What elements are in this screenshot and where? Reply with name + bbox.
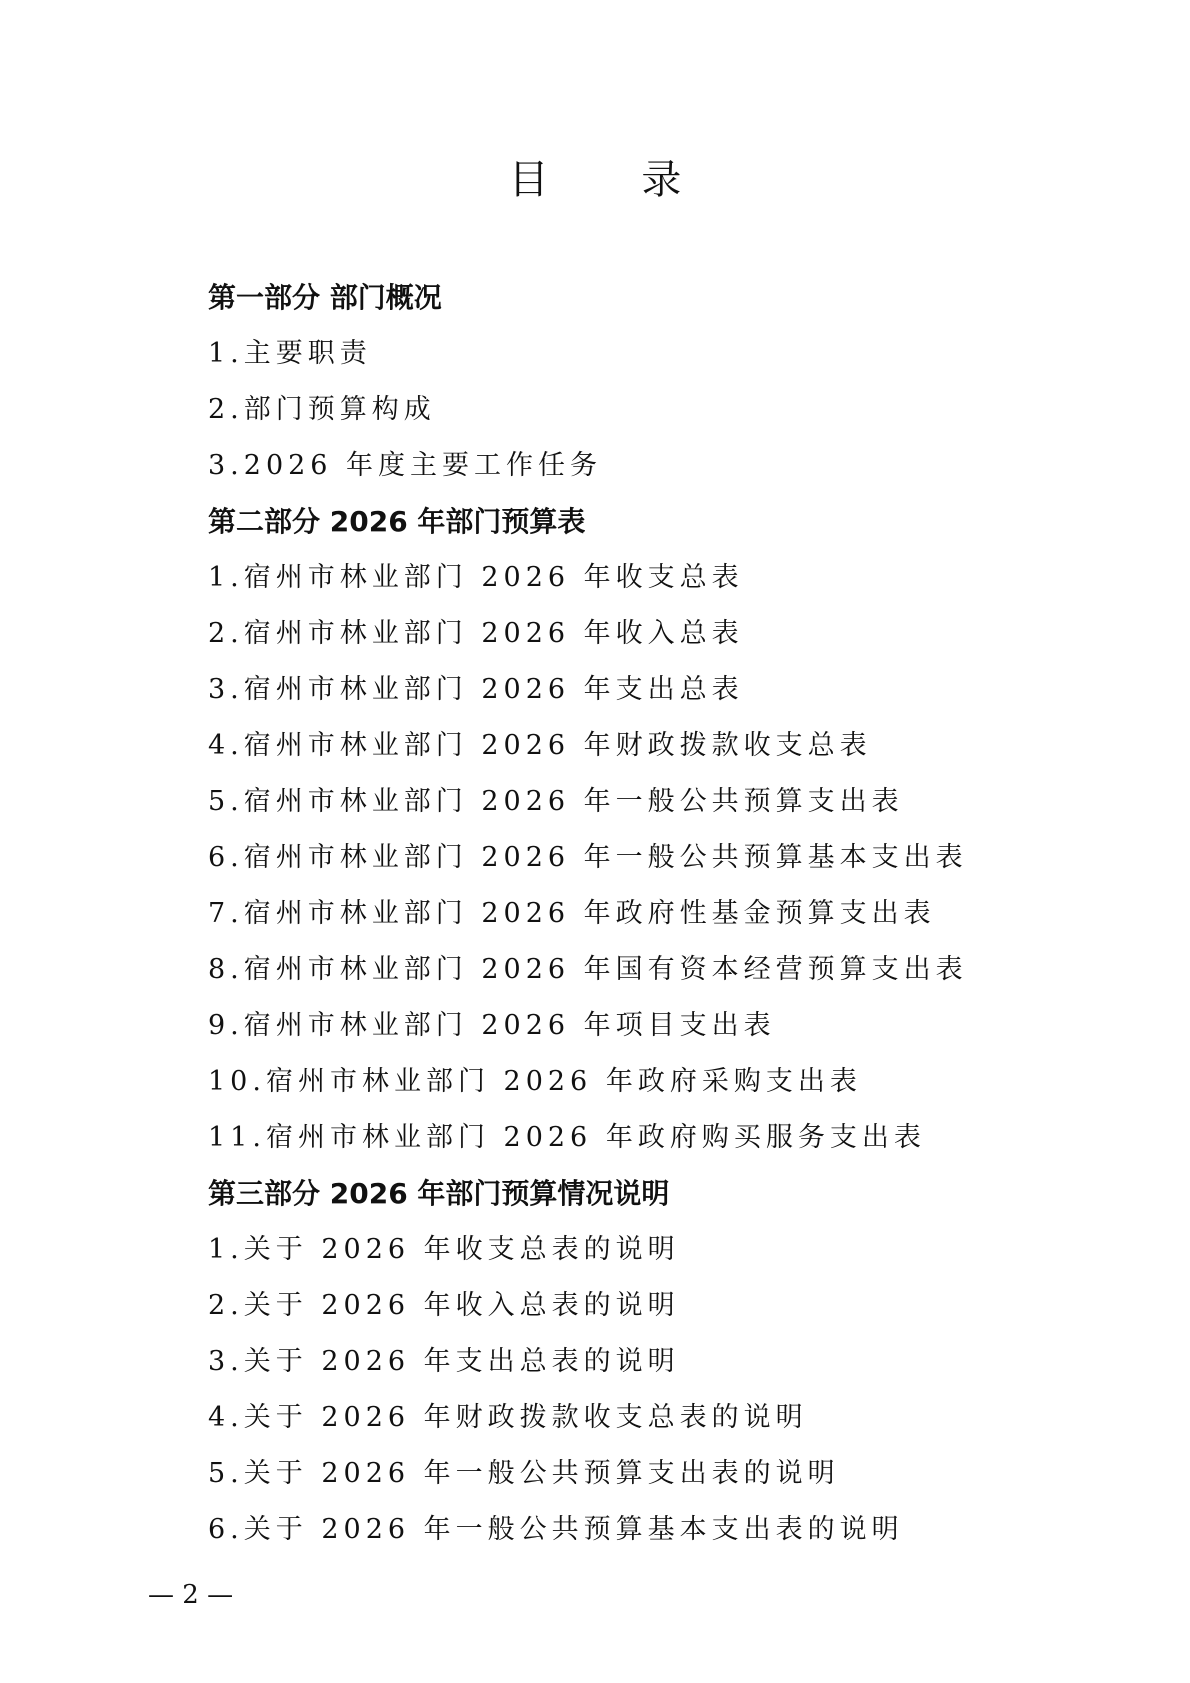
toc-entry: 11.宿州市林业部门 2026 年政府购买服务支出表 xyxy=(208,1110,968,1166)
toc-entry: 5.宿州市林业部门 2026 年一般公共预算支出表 xyxy=(208,774,968,830)
toc-entry: 2.宿州市林业部门 2026 年收入总表 xyxy=(208,606,968,662)
toc-section-heading: 第二部分 2026 年部门预算表 xyxy=(208,494,968,550)
table-of-contents: 第一部分 部门概况1.主要职责2.部门预算构成3.2026 年度主要工作任务第二… xyxy=(208,270,968,1558)
toc-entry: 6.关于 2026 年一般公共预算基本支出表的说明 xyxy=(208,1502,968,1558)
toc-entry: 1.关于 2026 年收支总表的说明 xyxy=(208,1222,968,1278)
toc-entry: 7.宿州市林业部门 2026 年政府性基金预算支出表 xyxy=(208,886,968,942)
toc-entry: 3.宿州市林业部门 2026 年支出总表 xyxy=(208,662,968,718)
toc-entry: 2.关于 2026 年收入总表的说明 xyxy=(208,1278,968,1334)
toc-entry: 3.2026 年度主要工作任务 xyxy=(208,438,968,494)
toc-entry: 10.宿州市林业部门 2026 年政府采购支出表 xyxy=(208,1054,968,1110)
toc-entry: 5.关于 2026 年一般公共预算支出表的说明 xyxy=(208,1446,968,1502)
toc-entry: 3.关于 2026 年支出总表的说明 xyxy=(208,1334,968,1390)
toc-entry: 2.部门预算构成 xyxy=(208,382,968,438)
toc-entry: 9.宿州市林业部门 2026 年项目支出表 xyxy=(208,998,968,1054)
toc-section-heading: 第三部分 2026 年部门预算情况说明 xyxy=(208,1166,968,1222)
toc-entry: 1.宿州市林业部门 2026 年收支总表 xyxy=(208,550,968,606)
toc-entry: 1.主要职责 xyxy=(208,326,968,382)
toc-entry: 4.宿州市林业部门 2026 年财政拨款收支总表 xyxy=(208,718,968,774)
toc-entry: 8.宿州市林业部门 2026 年国有资本经营预算支出表 xyxy=(208,942,968,998)
toc-entry: 4.关于 2026 年财政拨款收支总表的说明 xyxy=(208,1390,968,1446)
toc-entry: 6.宿州市林业部门 2026 年一般公共预算基本支出表 xyxy=(208,830,968,886)
page-title: 目 录 xyxy=(0,148,1190,205)
toc-section-heading: 第一部分 部门概况 xyxy=(208,270,968,326)
page-number: — 2 — xyxy=(148,1580,233,1610)
